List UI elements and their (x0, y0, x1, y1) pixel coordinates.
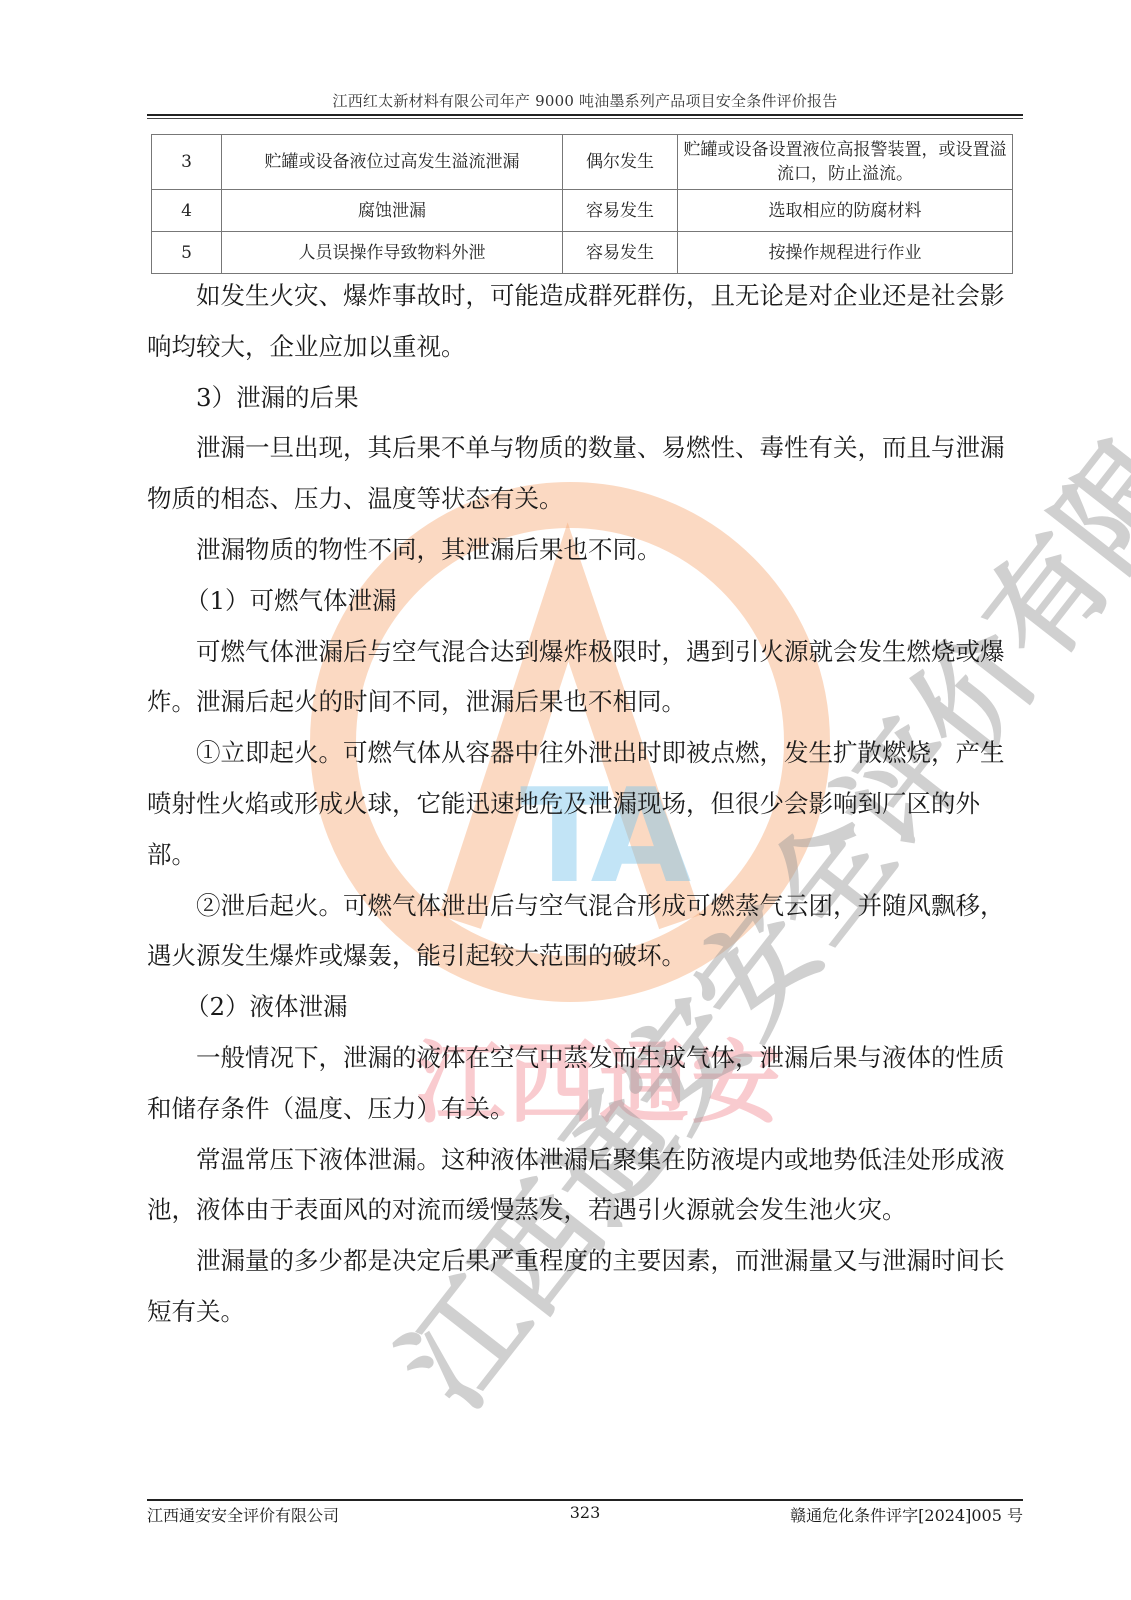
table-row: 3 贮罐或设备液位过高发生溢流泄漏 偶尔发生 贮罐或设备设置液位高报警装置，或设… (152, 135, 1013, 190)
footer-doc-code: 赣通危化条件评字[2024]005 号 (790, 1503, 1023, 1526)
table-row: 5 人员误操作导致物料外泄 容易发生 按操作规程进行作业 (152, 232, 1013, 274)
header-rule-thin (147, 118, 1023, 119)
page-number: 323 (560, 1503, 610, 1522)
leak-cause: 人员误操作导致物料外泄 (222, 232, 563, 274)
countermeasure: 贮罐或设备设置液位高报警装置，或设置溢流口，防止溢流。 (678, 135, 1013, 190)
row-number: 5 (152, 232, 222, 274)
subsection-heading: （2）液体泄漏 (147, 982, 1007, 1033)
countermeasure: 选取相应的防腐材料 (678, 190, 1013, 232)
paragraph: ①立即起火。可燃气体从容器中往外泄出时即被点燃，发生扩散燃烧，产生喷射性火焰或形… (147, 728, 1007, 880)
paragraph: 常温常压下液体泄漏。这种液体泄漏后聚集在防液堤内或地势低洼处形成液池，液体由于表… (147, 1135, 1007, 1237)
paragraph: 泄漏一旦出现，其后果不单与物质的数量、易燃性、毒性有关，而且与泄漏物质的相态、压… (147, 423, 1007, 525)
header-rule (147, 114, 1023, 116)
row-number: 3 (152, 135, 222, 190)
leak-cause: 贮罐或设备液位过高发生溢流泄漏 (222, 135, 563, 190)
paragraph: 可燃气体泄漏后与空气混合达到爆炸极限时，遇到引火源就会发生燃烧或爆炸。泄漏后起火… (147, 627, 1007, 729)
paragraph: 泄漏量的多少都是决定后果严重程度的主要因素，而泄漏量又与泄漏时间长短有关。 (147, 1236, 1007, 1338)
section-heading: 3）泄漏的后果 (147, 373, 1007, 424)
likelihood: 容易发生 (563, 232, 678, 274)
leak-cause-table: 3 贮罐或设备液位过高发生溢流泄漏 偶尔发生 贮罐或设备设置液位高报警装置，或设… (151, 134, 1013, 274)
table-row: 4 腐蚀泄漏 容易发生 选取相应的防腐材料 (152, 190, 1013, 232)
footer-rule (147, 1499, 1023, 1501)
likelihood: 容易发生 (563, 190, 678, 232)
paragraph: 如发生火灾、爆炸事故时，可能造成群死群伤，且无论是对企业还是社会影响均较大，企业… (147, 271, 1007, 373)
countermeasure: 按操作规程进行作业 (678, 232, 1013, 274)
body-content: 如发生火灾、爆炸事故时，可能造成群死群伤，且无论是对企业还是社会影响均较大，企业… (147, 271, 1007, 1338)
paragraph: ②泄后起火。可燃气体泄出后与空气混合形成可燃蒸气云团，并随风飘移，遇火源发生爆炸… (147, 881, 1007, 983)
row-number: 4 (152, 190, 222, 232)
footer-company: 江西通安安全评价有限公司 (147, 1503, 339, 1526)
paragraph: 泄漏物质的物性不同，其泄漏后果也不同。 (147, 525, 1007, 576)
likelihood: 偶尔发生 (563, 135, 678, 190)
running-header-title: 江西红太新材料有限公司年产 9000 吨油墨系列产品项目安全条件评价报告 (147, 90, 1023, 111)
paragraph: 一般情况下，泄漏的液体在空气中蒸发而生成气体，泄漏后果与液体的性质和储存条件（温… (147, 1033, 1007, 1135)
leak-cause: 腐蚀泄漏 (222, 190, 563, 232)
subsection-heading: （1）可燃气体泄漏 (147, 576, 1007, 627)
